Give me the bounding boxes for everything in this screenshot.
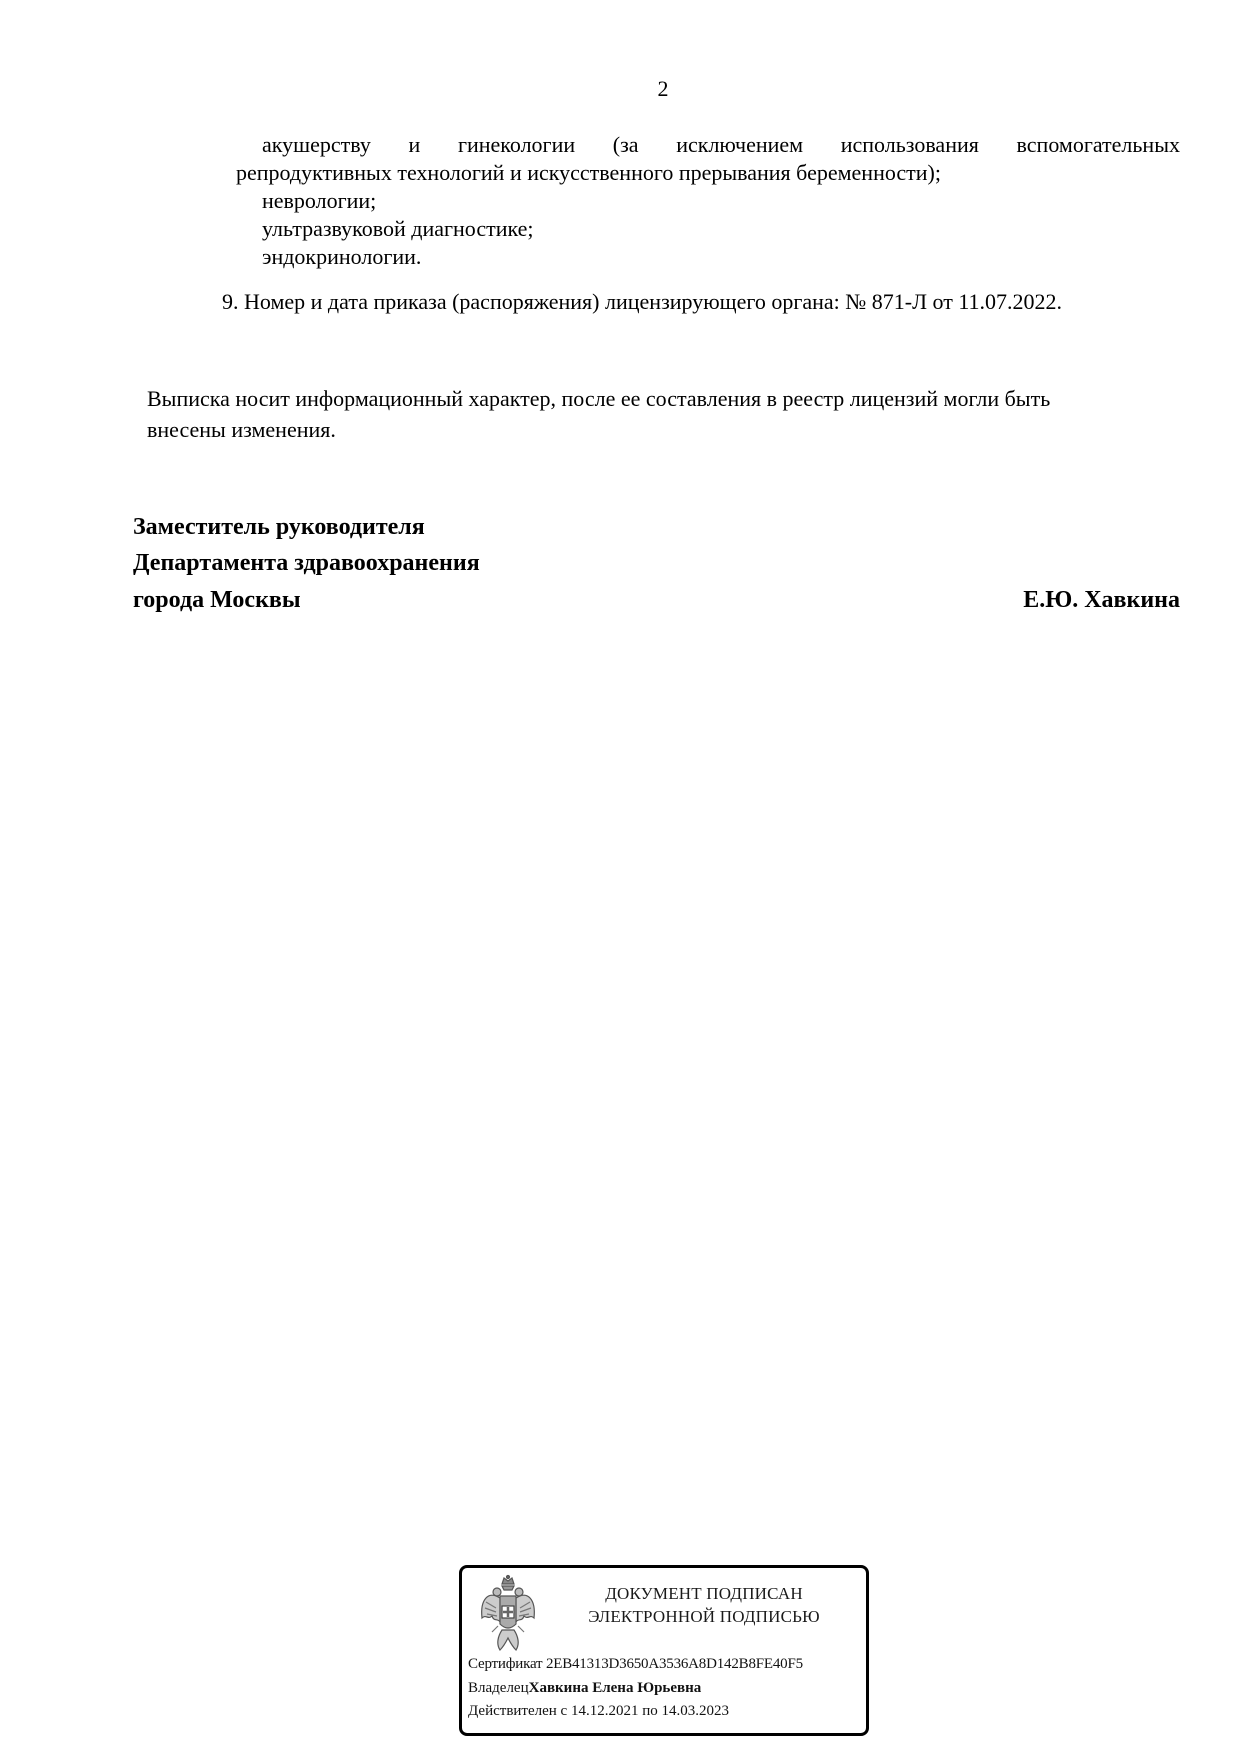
certificate-value: 2EB41313D3650A3536A8D142B8FE40F5 (546, 1656, 803, 1672)
coat-of-arms-icon (476, 1574, 540, 1656)
owner-label: Владелец (468, 1680, 529, 1696)
continuation-line-2: репродуктивных технологий и искусственно… (236, 159, 941, 187)
owner-value: Хавкина Елена Юрьевна (529, 1680, 702, 1696)
signatory-name: Е.Ю. Хавкина (993, 585, 1180, 615)
list-item: ультразвуковой диагностике; (262, 215, 534, 243)
stamp-header-line-2: ЭЛЕКТРОННОЙ ПОДПИСЬЮ (552, 1607, 856, 1627)
list-item: эндокринологии. (262, 243, 421, 271)
certificate-row: Сертификат 2EB41313D3650A3536A8D142B8FE4… (468, 1655, 803, 1674)
signatory-title-line: города Москвы (133, 585, 301, 615)
signatory-title-line: Департамента здравоохранения (133, 548, 480, 578)
continuation-line-1: акушерству и гинекологии (за исключением… (262, 131, 1180, 159)
disclaimer-line-2: внесены изменения. (147, 416, 336, 444)
disclaimer-line-1: Выписка носит информационный характер, п… (147, 385, 1050, 413)
page-number: 2 (0, 76, 1240, 102)
certificate-label: Сертификат (468, 1656, 542, 1672)
electronic-signature-stamp: ДОКУМЕНТ ПОДПИСАН ЭЛЕКТРОННОЙ ПОДПИСЬЮ С… (459, 1565, 869, 1736)
owner-row: ВладелецХавкина Елена Юрьевна (468, 1679, 701, 1698)
stamp-header-line-1: ДОКУМЕНТ ПОДПИСАН (552, 1584, 856, 1604)
signatory-title-line: Заместитель руководителя (133, 512, 425, 542)
list-item: неврологии; (262, 187, 376, 215)
validity-row: Действителен с 14.12.2021 по 14.03.2023 (468, 1702, 729, 1721)
order-number-item: 9. Номер и дата приказа (распоряжения) л… (222, 288, 1062, 316)
